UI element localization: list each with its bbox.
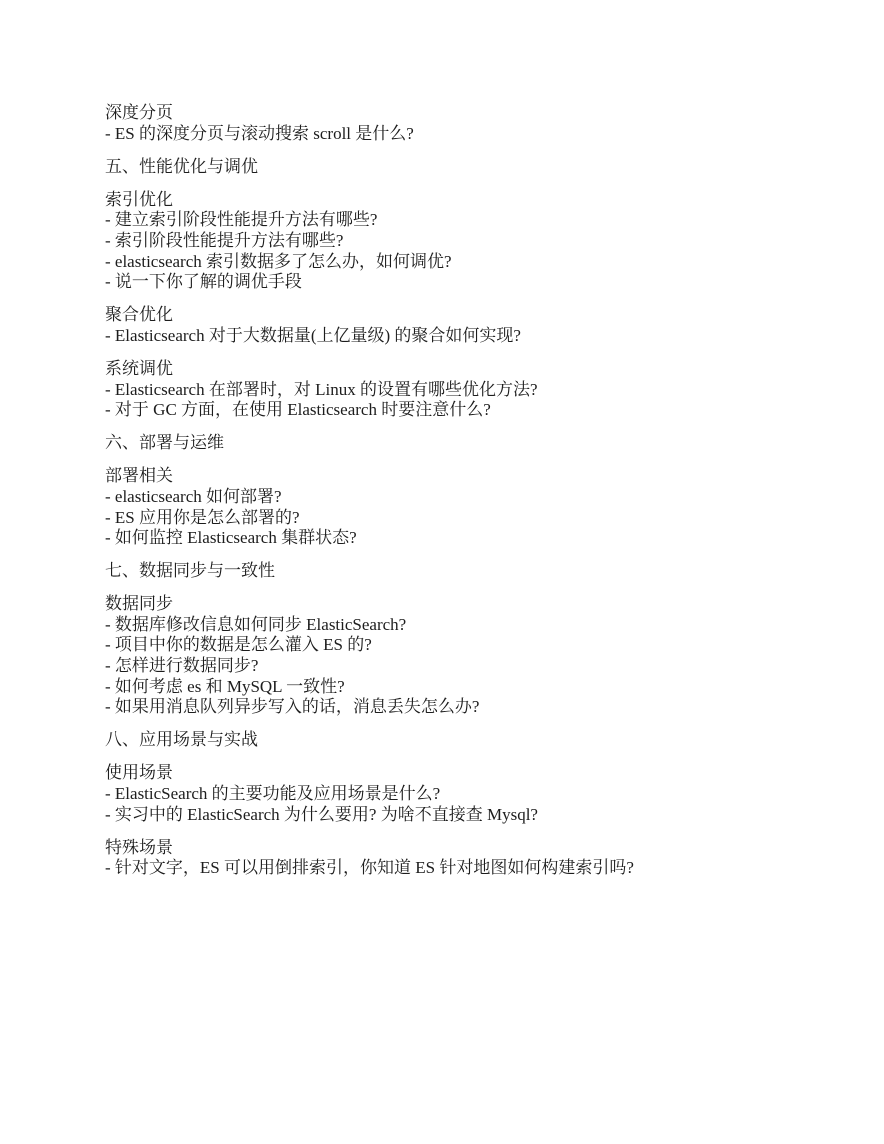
- text-line: - 如果用消息队列异步写入的话，消息丢失怎么办?: [105, 697, 804, 718]
- section-8-application-practice: 八、应用场景与实战: [105, 730, 804, 751]
- text-line: 系统调优: [105, 359, 804, 380]
- text-line: 特殊场景: [105, 838, 804, 859]
- text-line: - 如何考虑 es 和 MySQL 一致性?: [105, 677, 804, 698]
- section-7-data-sync-consistency: 七、数据同步与一致性: [105, 561, 804, 582]
- text-line: - elasticsearch 如何部署?: [105, 487, 804, 508]
- text-line: - 实习中的 ElasticSearch 为什么要用? 为啥不直接查 Mysql…: [105, 805, 804, 826]
- text-line: - 如何监控 Elasticsearch 集群状态?: [105, 528, 804, 549]
- topic-data-sync: 数据同步- 数据库修改信息如何同步 ElasticSearch?- 项目中你的数…: [105, 594, 804, 718]
- section-heading-text: 六、部署与运维: [105, 433, 804, 454]
- section-heading-text: 八、应用场景与实战: [105, 730, 804, 751]
- text-line: 索引优化: [105, 190, 804, 211]
- text-line: 部署相关: [105, 466, 804, 487]
- topic-deployment: 部署相关- elasticsearch 如何部署?- ES 应用你是怎么部署的?…: [105, 466, 804, 548]
- text-line: - 建立索引阶段性能提升方法有哪些?: [105, 210, 804, 231]
- text-line: 使用场景: [105, 763, 804, 784]
- topic-aggregation-optimization: 聚合优化- Elasticsearch 对于大数据量(上亿量级) 的聚合如何实现…: [105, 305, 804, 346]
- document-page: 深度分页- ES 的深度分页与滚动搜索 scroll 是什么?五、性能优化与调优…: [0, 0, 884, 1144]
- topic-special-scenarios: 特殊场景- 针对文字，ES 可以用倒排索引，你知道 ES 针对地图如何构建索引吗…: [105, 838, 804, 879]
- section-heading-text: 五、性能优化与调优: [105, 157, 804, 178]
- text-line: 聚合优化: [105, 305, 804, 326]
- text-line: - ES 应用你是怎么部署的?: [105, 508, 804, 529]
- section-heading-text: 七、数据同步与一致性: [105, 561, 804, 582]
- text-line: - 怎样进行数据同步?: [105, 656, 804, 677]
- text-line: 数据同步: [105, 594, 804, 615]
- text-line: - 对于 GC 方面，在使用 Elasticsearch 时要注意什么?: [105, 400, 804, 421]
- topic-deep-pagination: 深度分页- ES 的深度分页与滚动搜索 scroll 是什么?: [105, 103, 804, 144]
- text-line: - Elasticsearch 对于大数据量(上亿量级) 的聚合如何实现?: [105, 326, 804, 347]
- section-6-deployment-ops: 六、部署与运维: [105, 433, 804, 454]
- text-line: - ElasticSearch 的主要功能及应用场景是什么?: [105, 784, 804, 805]
- text-line: 深度分页: [105, 103, 804, 124]
- section-5-performance: 五、性能优化与调优: [105, 157, 804, 178]
- text-line: - 项目中你的数据是怎么灌入 ES 的?: [105, 635, 804, 656]
- topic-use-cases: 使用场景- ElasticSearch 的主要功能及应用场景是什么?- 实习中的…: [105, 763, 804, 825]
- text-line: - 数据库修改信息如何同步 ElasticSearch?: [105, 615, 804, 636]
- text-line: - 说一下你了解的调优手段: [105, 272, 804, 293]
- text-line: - Elasticsearch 在部署时，对 Linux 的设置有哪些优化方法?: [105, 380, 804, 401]
- text-line: - ES 的深度分页与滚动搜索 scroll 是什么?: [105, 124, 804, 145]
- document-body: 深度分页- ES 的深度分页与滚动搜索 scroll 是什么?五、性能优化与调优…: [105, 103, 804, 879]
- text-line: - 针对文字，ES 可以用倒排索引，你知道 ES 针对地图如何构建索引吗?: [105, 858, 804, 879]
- text-line: - elasticsearch 索引数据多了怎么办，如何调优?: [105, 252, 804, 273]
- text-line: - 索引阶段性能提升方法有哪些?: [105, 231, 804, 252]
- topic-index-optimization: 索引优化- 建立索引阶段性能提升方法有哪些?- 索引阶段性能提升方法有哪些?- …: [105, 190, 804, 293]
- topic-system-tuning: 系统调优- Elasticsearch 在部署时，对 Linux 的设置有哪些优…: [105, 359, 804, 421]
